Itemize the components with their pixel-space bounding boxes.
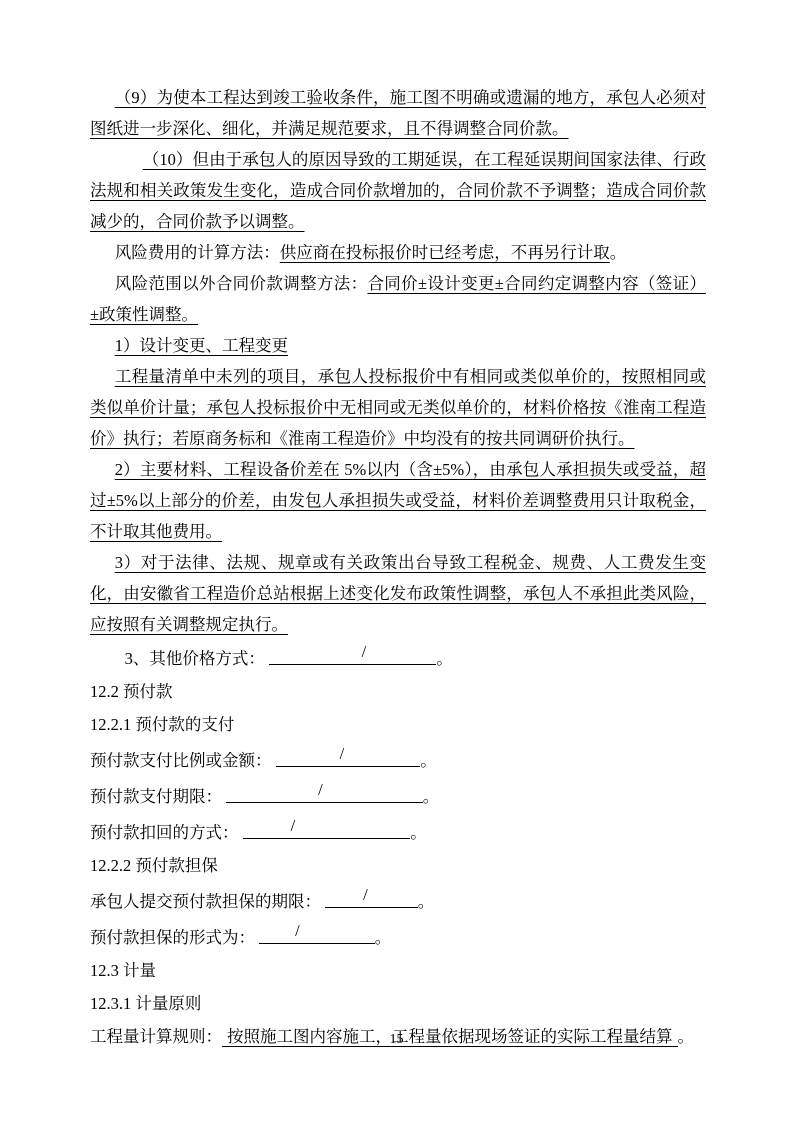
item-3-paragraph: 3）对于法律、法规、规章或有关政策出台导致工程税金、规费、人工费发生变化，由安徽… bbox=[90, 547, 706, 640]
document-body: （9）为使本工程达到竣工验收条件，施工图不明确或遗漏的地方，承包人必须对图纸进一… bbox=[90, 82, 706, 1052]
line-period: 。 bbox=[436, 649, 453, 668]
risk-fee-period: 。 bbox=[610, 243, 627, 262]
guarantee-form-label: 预付款担保的形式为： bbox=[90, 928, 255, 947]
line-period: 。 bbox=[423, 787, 440, 806]
prepay-term-label: 预付款支付期限： bbox=[90, 787, 222, 806]
fill-in-blank: / bbox=[259, 919, 375, 944]
item-1-title: 1）设计变更、工程变更 bbox=[90, 330, 706, 361]
blank-slash: / bbox=[295, 919, 300, 943]
item-2-paragraph: 2）主要材料、工程设备价差在 5%以内（含±5%），由承包人承担损失或受益，超过… bbox=[90, 454, 706, 547]
heading-12-3: 12.3 计量 bbox=[90, 955, 706, 986]
blank-slash: / bbox=[318, 778, 323, 802]
line-period: 。 bbox=[418, 892, 435, 911]
heading-12-2: 12.2 预付款 bbox=[90, 676, 706, 707]
clause-9-paragraph: （9）为使本工程达到竣工验收条件，施工图不明确或遗漏的地方，承包人必须对图纸进一… bbox=[90, 82, 706, 144]
heading-12-2-2: 12.2.2 预付款担保 bbox=[90, 850, 706, 881]
prepay-deduct-line: 预付款扣回的方式： /。 bbox=[90, 814, 706, 848]
fill-in-blank: / bbox=[269, 640, 436, 665]
line-period: 。 bbox=[375, 928, 392, 947]
guarantee-form-line: 预付款担保的形式为： /。 bbox=[90, 919, 706, 953]
document-page: （9）为使本工程达到竣工验收条件，施工图不明确或遗漏的地方，承包人必须对图纸进一… bbox=[0, 0, 793, 1122]
guarantee-term-line: 承包人提交预付款担保的期限： /。 bbox=[90, 883, 706, 917]
line-period: 。 bbox=[410, 823, 427, 842]
blank-slash: / bbox=[327, 640, 366, 664]
fill-in-blank: / bbox=[226, 778, 423, 803]
risk-adjust-label: 风险范围以外合同价款调整方法： bbox=[115, 274, 368, 293]
risk-fee-line: 风险费用的计算方法：供应商在投标报价时已经考虑，不再另行计取。 bbox=[90, 237, 706, 268]
risk-fee-value: 供应商在投标报价时已经考虑，不再另行计取 bbox=[280, 243, 610, 262]
fill-in-blank: / bbox=[325, 883, 418, 908]
clause-10-paragraph: （10）但由于承包人的原因导致的工期延误，在工程延误期间国家法律、行政法规和相关… bbox=[90, 144, 706, 237]
risk-adjust-line: 风险范围以外合同价款调整方法：合同价±设计变更±合同约定调整内容（签证）±政策性… bbox=[90, 268, 706, 330]
line-period: 。 bbox=[420, 751, 437, 770]
page-number: 15 bbox=[0, 1032, 793, 1048]
guarantee-term-label: 承包人提交预付款担保的期限： bbox=[90, 892, 321, 911]
prepay-deduct-label: 预付款扣回的方式： bbox=[90, 823, 239, 842]
heading-12-2-1: 12.2.1 预付款的支付 bbox=[90, 709, 706, 740]
blank-slash: / bbox=[340, 742, 345, 766]
other-price-line: 3、其他价格方式： /。 bbox=[90, 640, 706, 674]
fill-in-blank: / bbox=[243, 814, 411, 839]
blank-slash: / bbox=[363, 883, 368, 907]
prepay-term-line: 预付款支付期限： /。 bbox=[90, 778, 706, 812]
fill-in-blank: / bbox=[276, 742, 421, 767]
prepay-ratio-label: 预付款支付比例或金额： bbox=[90, 751, 272, 770]
prepay-ratio-line: 预付款支付比例或金额： /。 bbox=[90, 742, 706, 776]
heading-12-3-1: 12.3.1 计量原则 bbox=[90, 988, 706, 1019]
blank-slash: / bbox=[291, 814, 296, 838]
risk-fee-label: 风险费用的计算方法： bbox=[115, 243, 280, 262]
other-price-label: 3、其他价格方式： bbox=[125, 649, 265, 668]
item-1-body: 工程量清单中未列的项目，承包人投标报价中有相同或类似单价的，按照相同或类似单价计… bbox=[90, 361, 706, 454]
